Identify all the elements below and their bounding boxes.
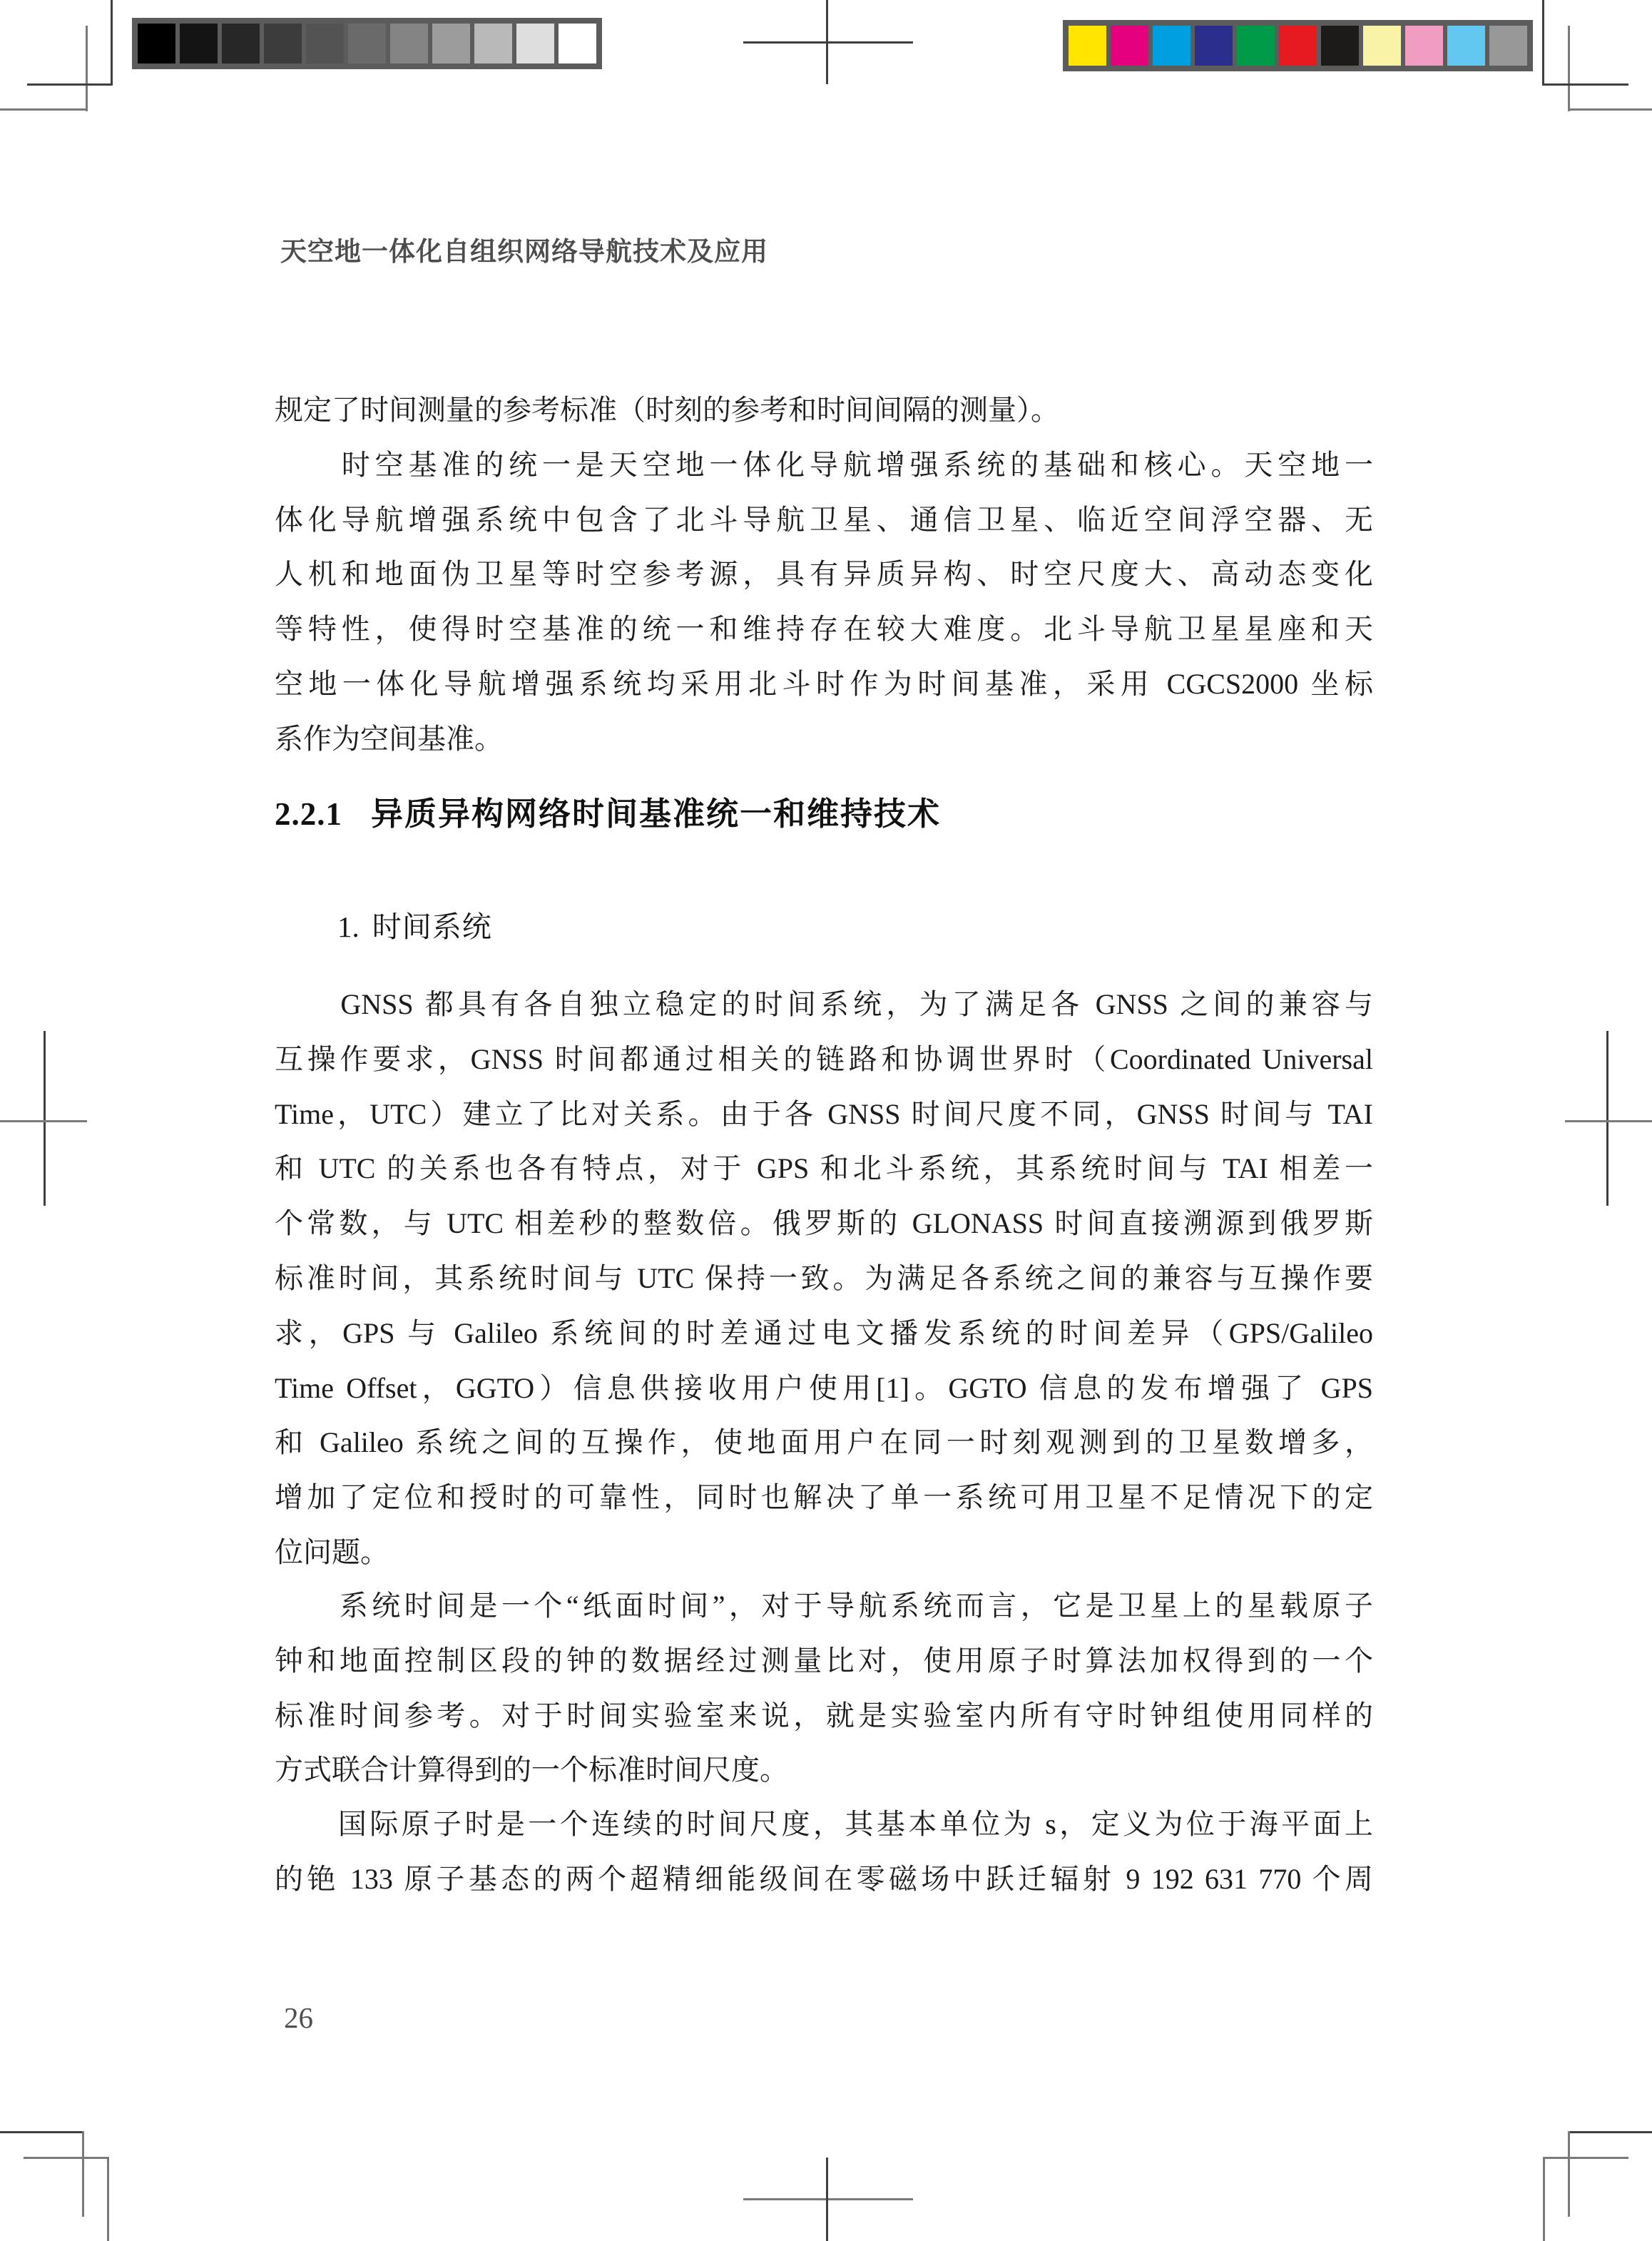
crop-mark-top-left: [0, 108, 87, 111]
section-heading: 2.2.1异质异构网络时间基准统一和维持技术: [275, 788, 941, 834]
text-line: 和 UTC 的关系也各有特点，对于 GPS 和北斗系统，其系统时间与 TAI 相…: [275, 1142, 1373, 1196]
running-head-title: 天空地一体化自组织网络导航技术及应用: [280, 230, 768, 268]
text-line: 钟和地面控制区段的钟的数据经过测量比对，使用原子时算法加权得到的一个: [275, 1634, 1373, 1689]
text-line: 系作为空间基准。: [275, 712, 1373, 767]
crop-mark-bottom-left: [0, 2131, 84, 2133]
crop-mark-top-left: [27, 83, 113, 86]
color-swatch: [516, 24, 554, 63]
crop-mark-middle-right: [1606, 1031, 1608, 1206]
color-swatch: [1489, 26, 1527, 66]
color-swatch: [1237, 26, 1275, 66]
paragraph-block-tai: 国际原子时是一个连续的时间尺度，其基本单位为 s，定义为位于海平面上的铯 133…: [275, 1797, 1373, 1907]
crop-mark-top-center: [743, 41, 913, 44]
section-number: 2.2.1: [275, 796, 342, 832]
text-line: 体化导航增强系统中包含了北斗导航卫星、通信卫星、临近空间浮空器、无: [275, 493, 1373, 548]
crop-mark-top-center: [826, 0, 828, 84]
paragraph-block-gnss: GNSS 都具有各自独立稳定的时间系统，为了满足各 GNSS 之间的兼容与互操作…: [275, 977, 1373, 1580]
text-line: 人机和地面伪卫星等时空参考源，具有异质异构、时空尺度大、高动态变化: [275, 547, 1373, 602]
text-line: 求，GPS 与 Galileo 系统间的时差通过电文播发系统的时间差异（GPS/…: [275, 1306, 1373, 1361]
text-line: 空地一体化导航增强系统均采用北斗时作为时间基准，采用 CGCS2000 坐标: [275, 657, 1373, 712]
color-swatch: [306, 24, 344, 63]
crop-mark-middle-left: [0, 1120, 87, 1122]
text-line: 规定了时间测量的参考标准（时刻的参考和时间间隔的测量）。: [275, 383, 1373, 438]
text-line: 国际原子时是一个连续的时间尺度，其基本单位为 s，定义为位于海平面上: [275, 1797, 1373, 1852]
crop-mark-middle-left: [44, 1031, 46, 1206]
paragraph-block-intro: 规定了时间测量的参考标准（时刻的参考和时间间隔的测量）。 时空基准的统一是天空地…: [275, 383, 1373, 767]
crop-mark-bottom-right: [1543, 2157, 1628, 2159]
crop-mark-top-right: [1568, 26, 1570, 111]
page-number: 26: [284, 2001, 313, 2035]
text-line: GNSS 都具有各自独立稳定的时间系统，为了满足各 GNSS 之间的兼容与: [275, 977, 1373, 1032]
text-line: 和 Galileo 系统之间的互操作，使地面用户在同一时刻观测到的卫星数增多，: [275, 1416, 1373, 1470]
crop-mark-bottom-left: [24, 2157, 109, 2159]
crop-mark-bottom-right: [1543, 2157, 1545, 2241]
crop-mark-top-right: [1542, 83, 1628, 86]
crop-mark-top-right: [1568, 108, 1652, 111]
color-swatch: [432, 24, 470, 63]
text-line: 标准时间，其系统时间与 UTC 保持一致。为满足各系统之间的兼容与互操作要: [275, 1251, 1373, 1306]
section-title: 异质异构网络时间基准统一和维持技术: [371, 796, 941, 832]
crop-mark-top-right: [1542, 0, 1544, 86]
text-line: 标准时间参考。对于时间实验室来说，就是实验室内所有守时钟组使用同样的: [275, 1689, 1373, 1744]
color-swatch: [1405, 26, 1443, 66]
color-calibration-bar: [1063, 20, 1533, 71]
crop-mark-bottom-right: [1568, 2131, 1652, 2133]
subsection-title: 时间系统: [372, 910, 492, 943]
text-line: 增加了定位和授时的可靠性，同时也解决了单一系统可用卫星不足情况下的定: [275, 1470, 1373, 1525]
subsection-number: 1.: [337, 910, 360, 943]
text-line: 方式联合计算得到的一个标准时间尺度。: [275, 1743, 1373, 1798]
crop-mark-bottom-left: [82, 2131, 84, 2217]
crop-mark-bottom-center: [826, 2158, 828, 2241]
grayscale-calibration-bar: [132, 18, 602, 69]
color-swatch: [1447, 26, 1485, 66]
text-line: 时空基准的统一是天空地一体化导航增强系统的基础和核心。天空地一: [275, 438, 1373, 493]
text-line: 等特性，使得时空基准的统一和维持存在较大难度。北斗导航卫星星座和天: [275, 602, 1373, 657]
color-swatch: [180, 24, 218, 63]
crop-mark-top-left: [86, 26, 88, 111]
crop-mark-bottom-right: [1568, 2131, 1570, 2217]
subsection-heading: 1.时间系统: [337, 903, 492, 945]
text-line: 位问题。: [275, 1525, 1373, 1580]
text-line: 系统时间是一个“纸面时间”，对于导航系统而言，它是卫星上的星载原子: [275, 1579, 1373, 1634]
text-line: 个常数，与 UTC 相差秒的整数倍。俄罗斯的 GLONASS 时间直接溯源到俄罗…: [275, 1196, 1373, 1251]
text-line: 互操作要求，GNSS 时间都通过相关的链路和协调世界时（Coordinated …: [275, 1032, 1373, 1087]
text-line: Time，UTC）建立了比对关系。由于各 GNSS 时间尺度不同，GNSS 时间…: [275, 1087, 1373, 1142]
color-swatch: [264, 24, 302, 63]
text-line: Time Offset，GGTO）信息供接收用户使用[1]。GGTO 信息的发布…: [275, 1361, 1373, 1416]
crop-mark-top-left: [111, 0, 113, 86]
text-line: 的铯 133 原子基态的两个超精细能级间在零磁场中跃迁辐射 9 192 631 …: [275, 1852, 1373, 1907]
color-swatch: [1363, 26, 1401, 66]
color-swatch: [559, 24, 596, 63]
crop-mark-middle-right: [1565, 1120, 1652, 1122]
color-swatch: [1279, 26, 1317, 66]
color-swatch: [138, 24, 175, 63]
color-swatch: [1195, 26, 1233, 66]
paragraph-block-system-time: 系统时间是一个“纸面时间”，对于导航系统而言，它是卫星上的星载原子钟和地面控制区…: [275, 1579, 1373, 1798]
color-swatch: [1111, 26, 1148, 66]
color-swatch: [348, 24, 386, 63]
crop-mark-bottom-center: [743, 2198, 913, 2200]
color-swatch: [390, 24, 428, 63]
color-swatch: [1153, 26, 1190, 66]
color-swatch: [1321, 26, 1359, 66]
book-page: 天空地一体化自组织网络导航技术及应用 规定了时间测量的参考标准（时刻的参考和时间…: [0, 0, 1652, 2241]
color-swatch: [474, 24, 512, 63]
color-swatch: [222, 24, 260, 63]
crop-mark-bottom-left: [107, 2157, 109, 2241]
color-swatch: [1069, 26, 1106, 66]
